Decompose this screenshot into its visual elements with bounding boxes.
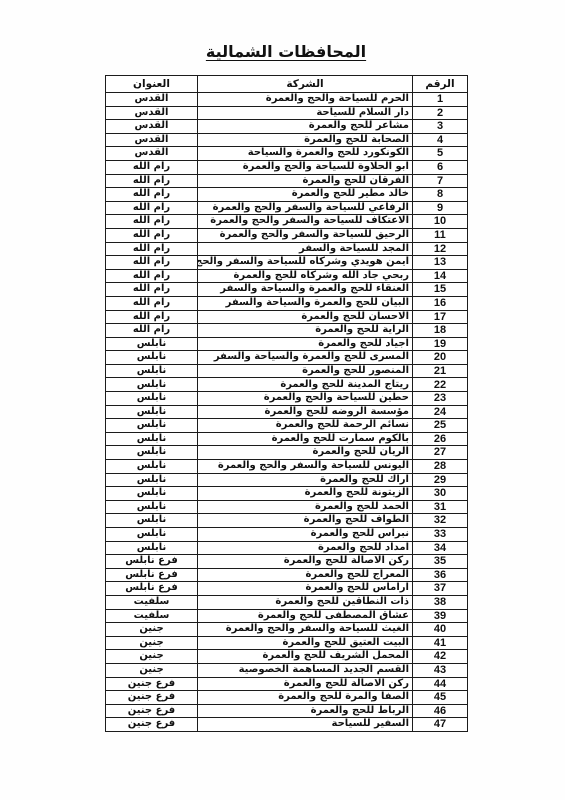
company-name-cell: الريان للحج والعمرة <box>198 446 413 460</box>
company-name-cell: الحمد للحج والعمرة <box>198 500 413 514</box>
company-name-cell: ابو الحلاوة للسياحة والحج والعمرة <box>198 160 413 174</box>
companies-table: الرقم الشركة العنوان 1الحرم للسياحة والح… <box>105 75 468 732</box>
company-name-cell: اجياد للحج والعمرة <box>198 337 413 351</box>
table-row: 15العنقاء للحج والعمرة والسياحة والسفررا… <box>106 283 468 297</box>
table-row: 17الاحسان للحج والعمرةرام الله <box>106 310 468 324</box>
address-cell: نابلس <box>106 500 198 514</box>
company-name-cell: الفرقان للحج والعمرة <box>198 174 413 188</box>
company-name-cell: حطين للسياحة والحج والعمرة <box>198 392 413 406</box>
company-name-cell: المجد للسياحة والسفر <box>198 242 413 256</box>
address-cell: القدس <box>106 106 198 120</box>
company-name-cell: مؤسسة الروضه للحج والعمرة <box>198 405 413 419</box>
company-name-cell: الرفاعي للسياحة والسفر والحج والعمرة <box>198 201 413 215</box>
company-name-cell: القسم الجديد المساهمة الخصوصية <box>198 663 413 677</box>
company-name-cell: الرحيق للسياحة والسفر والحج والعمرة <box>198 228 413 242</box>
row-number-cell: 39 <box>413 609 468 623</box>
table-row: 20المسرى للحج والعمرة والسياحة والسفرناب… <box>106 351 468 365</box>
address-cell: نابلس <box>106 364 198 378</box>
table-row: 16البيان للحج والعمرة والسياحة والسفررام… <box>106 296 468 310</box>
address-cell: فرع جنين <box>106 704 198 718</box>
address-cell: جنين <box>106 663 198 677</box>
header-row: الرقم الشركة العنوان <box>106 76 468 93</box>
table-row: 21المنصور للحج والعمرةنابلس <box>106 364 468 378</box>
company-name-cell: الكونكورد للحج والعمرة والسياحة <box>198 147 413 161</box>
table-row: 31الحمد للحج والعمرةنابلس <box>106 500 468 514</box>
table-row: 38ذات النطاقين للحج والعمرةسلفيت <box>106 595 468 609</box>
row-number-cell: 23 <box>413 392 468 406</box>
company-name-cell: العنقاء للحج والعمرة والسياحة والسفر <box>198 283 413 297</box>
table-row: 29اراك للحج والعمرةنابلس <box>106 473 468 487</box>
address-cell: نابلس <box>106 487 198 501</box>
row-number-cell: 26 <box>413 432 468 446</box>
table-header: الرقم الشركة العنوان <box>106 76 468 93</box>
company-name-cell: الغيث للسياحة والسفر والحج والعمرة <box>198 623 413 637</box>
table-row: 45الصفا والمرة للحج والعمرةفرع جنين <box>106 691 468 705</box>
row-number-cell: 6 <box>413 160 468 174</box>
address-cell: نابلس <box>106 405 198 419</box>
company-name-cell: ركن الاصالة للحج والعمرة <box>198 555 413 569</box>
row-number-cell: 14 <box>413 269 468 283</box>
table-row: 33نبراس للحج والعمرةنابلس <box>106 528 468 542</box>
address-cell: رام الله <box>106 310 198 324</box>
address-cell: القدس <box>106 93 198 107</box>
header-address: العنوان <box>106 76 198 93</box>
address-cell: نابلس <box>106 514 198 528</box>
address-cell: رام الله <box>106 283 198 297</box>
address-cell: جنين <box>106 650 198 664</box>
row-number-cell: 36 <box>413 568 468 582</box>
row-number-cell: 2 <box>413 106 468 120</box>
table-row: 2دار السلام للسياحةالقدس <box>106 106 468 120</box>
header-company: الشركة <box>198 76 413 93</box>
address-cell: فرع نابلس <box>106 555 198 569</box>
row-number-cell: 24 <box>413 405 468 419</box>
row-number-cell: 45 <box>413 691 468 705</box>
row-number-cell: 10 <box>413 215 468 229</box>
row-number-cell: 38 <box>413 595 468 609</box>
address-cell: نابلس <box>106 351 198 365</box>
company-name-cell: بالكوم سمارت للحج والعمرة <box>198 432 413 446</box>
address-cell: جنين <box>106 623 198 637</box>
address-cell: القدس <box>106 133 198 147</box>
company-name-cell: الاحسان للحج والعمرة <box>198 310 413 324</box>
table-row: 3مشاعر للحج والعمرةالقدس <box>106 120 468 134</box>
table-row: 28اليونس للسياحة والسفر والحج والعمرةناب… <box>106 460 468 474</box>
company-name-cell: الراية للحج والعمرة <box>198 324 413 338</box>
address-cell: رام الله <box>106 324 198 338</box>
address-cell: رام الله <box>106 201 198 215</box>
address-cell: رام الله <box>106 160 198 174</box>
row-number-cell: 4 <box>413 133 468 147</box>
address-cell: القدس <box>106 120 198 134</box>
table-row: 1الحرم للسياحة والحج والعمرةالقدس <box>106 93 468 107</box>
table-row: 26بالكوم سمارت للحج والعمرةنابلس <box>106 432 468 446</box>
company-name-cell: نسائم الرحمة للحج والعمرة <box>198 419 413 433</box>
company-name-cell: ذات النطاقين للحج والعمرة <box>198 595 413 609</box>
table-row: 13ايمن هويدي وشركاه للسياحة والسفر والحج… <box>106 256 468 270</box>
row-number-cell: 44 <box>413 677 468 691</box>
address-cell: رام الله <box>106 256 198 270</box>
table-row: 44ركن الاصالة للحج والعمرةفرع جنين <box>106 677 468 691</box>
address-cell: نابلس <box>106 432 198 446</box>
row-number-cell: 13 <box>413 256 468 270</box>
row-number-cell: 9 <box>413 201 468 215</box>
table-row: 7الفرقان للحج والعمرةرام الله <box>106 174 468 188</box>
row-number-cell: 29 <box>413 473 468 487</box>
row-number-cell: 25 <box>413 419 468 433</box>
row-number-cell: 31 <box>413 500 468 514</box>
company-name-cell: الرباط للحج والعمرة <box>198 704 413 718</box>
row-number-cell: 7 <box>413 174 468 188</box>
row-number-cell: 5 <box>413 147 468 161</box>
table-row: 35ركن الاصالة للحج والعمرةفرع نابلس <box>106 555 468 569</box>
address-cell: فرع جنين <box>106 677 198 691</box>
company-name-cell: امداد للحج والعمرة <box>198 541 413 555</box>
table-row: 25نسائم الرحمة للحج والعمرةنابلس <box>106 419 468 433</box>
address-cell: رام الله <box>106 174 198 188</box>
address-cell: رام الله <box>106 228 198 242</box>
address-cell: نابلس <box>106 541 198 555</box>
address-cell: فرع نابلس <box>106 568 198 582</box>
address-cell: سلفيت <box>106 595 198 609</box>
address-cell: نابلس <box>106 392 198 406</box>
row-number-cell: 20 <box>413 351 468 365</box>
address-cell: نابلس <box>106 528 198 542</box>
address-cell: فرع جنين <box>106 691 198 705</box>
row-number-cell: 3 <box>413 120 468 134</box>
company-name-cell: الحرم للسياحة والحج والعمرة <box>198 93 413 107</box>
table-row: 11الرحيق للسياحة والسفر والحج والعمرةرام… <box>106 228 468 242</box>
row-number-cell: 12 <box>413 242 468 256</box>
address-cell: رام الله <box>106 269 198 283</box>
row-number-cell: 22 <box>413 378 468 392</box>
company-name-cell: ايمن هويدي وشركاه للسياحة والسفر والحج و… <box>198 256 413 270</box>
company-name-cell: مشاعر للحج والعمرة <box>198 120 413 134</box>
row-number-cell: 41 <box>413 636 468 650</box>
table-row: 40الغيث للسياحة والسفر والحج والعمرةجنين <box>106 623 468 637</box>
address-cell: رام الله <box>106 296 198 310</box>
address-cell: نابلس <box>106 473 198 487</box>
address-cell: نابلس <box>106 446 198 460</box>
row-number-cell: 47 <box>413 718 468 732</box>
row-number-cell: 27 <box>413 446 468 460</box>
company-name-cell: الصفا والمرة للحج والعمرة <box>198 691 413 705</box>
company-name-cell: المعراج للحج والعمرة <box>198 568 413 582</box>
row-number-cell: 37 <box>413 582 468 596</box>
row-number-cell: 40 <box>413 623 468 637</box>
company-name-cell: عشاق المصطفى للحج والعمرة <box>198 609 413 623</box>
table-row: 36المعراج للحج والعمرةفرع نابلس <box>106 568 468 582</box>
table-row: 42المحمل الشريف للحج والعمرةجنين <box>106 650 468 664</box>
table-row: 23حطين للسياحة والحج والعمرةنابلس <box>106 392 468 406</box>
row-number-cell: 17 <box>413 310 468 324</box>
row-number-cell: 21 <box>413 364 468 378</box>
company-name-cell: اراك للحج والعمرة <box>198 473 413 487</box>
address-cell: القدس <box>106 147 198 161</box>
row-number-cell: 16 <box>413 296 468 310</box>
table-row: 47السفير للسياحةفرع جنين <box>106 718 468 732</box>
row-number-cell: 18 <box>413 324 468 338</box>
row-number-cell: 33 <box>413 528 468 542</box>
row-number-cell: 43 <box>413 663 468 677</box>
address-cell: نابلس <box>106 378 198 392</box>
address-cell: فرع جنين <box>106 718 198 732</box>
table-row: 12المجد للسياحة والسفررام الله <box>106 242 468 256</box>
row-number-cell: 46 <box>413 704 468 718</box>
table-row: 18الراية للحج والعمرةرام الله <box>106 324 468 338</box>
table-row: 9الرفاعي للسياحة والسفر والحج والعمرةرام… <box>106 201 468 215</box>
table-row: 24مؤسسة الروضه للحج والعمرةنابلس <box>106 405 468 419</box>
row-number-cell: 34 <box>413 541 468 555</box>
document-content: المحافظات الشمالية الرقم الشركة العنوان … <box>105 42 467 732</box>
row-number-cell: 32 <box>413 514 468 528</box>
address-cell: رام الله <box>106 242 198 256</box>
row-number-cell: 15 <box>413 283 468 297</box>
table-row: 43القسم الجديد المساهمة الخصوصيةجنين <box>106 663 468 677</box>
row-number-cell: 8 <box>413 188 468 202</box>
table-row: 27الريان للحج والعمرةنابلس <box>106 446 468 460</box>
document-page: المحافظات الشمالية الرقم الشركة العنوان … <box>0 0 565 800</box>
company-name-cell: الزيتونة للحج والعمرة <box>198 487 413 501</box>
company-name-cell: اراماس للحج والعمرة <box>198 582 413 596</box>
address-cell: فرع نابلس <box>106 582 198 596</box>
table-row: 10الاعتكاف للسياحة والسفر والحج والعمرةر… <box>106 215 468 229</box>
company-name-cell: المنصور للحج والعمرة <box>198 364 413 378</box>
company-name-cell: البيان للحج والعمرة والسياحة والسفر <box>198 296 413 310</box>
company-name-cell: المحمل الشريف للحج والعمرة <box>198 650 413 664</box>
table-body: 1الحرم للسياحة والحج والعمرةالقدس2دار ال… <box>106 93 468 732</box>
company-name-cell: الصحابة للحج والعمرة <box>198 133 413 147</box>
company-name-cell: ريتاج المدينة للحج والعمرة <box>198 378 413 392</box>
company-name-cell: الاعتكاف للسياحة والسفر والحج والعمرة <box>198 215 413 229</box>
table-row: 22ريتاج المدينة للحج والعمرةنابلس <box>106 378 468 392</box>
row-number-cell: 42 <box>413 650 468 664</box>
address-cell: نابلس <box>106 460 198 474</box>
address-cell: نابلس <box>106 337 198 351</box>
company-name-cell: ربحي جاد الله وشركاه للحج والعمرة <box>198 269 413 283</box>
table-row: 19اجياد للحج والعمرةنابلس <box>106 337 468 351</box>
table-row: 41البيت العتيق للحج والعمرةجنين <box>106 636 468 650</box>
header-number: الرقم <box>413 76 468 93</box>
company-name-cell: المسرى للحج والعمرة والسياحة والسفر <box>198 351 413 365</box>
row-number-cell: 35 <box>413 555 468 569</box>
table-row: 46الرباط للحج والعمرةفرع جنين <box>106 704 468 718</box>
table-row: 39عشاق المصطفى للحج والعمرةسلفيت <box>106 609 468 623</box>
table-row: 37اراماس للحج والعمرةفرع نابلس <box>106 582 468 596</box>
table-row: 14ربحي جاد الله وشركاه للحج والعمرةرام ا… <box>106 269 468 283</box>
row-number-cell: 30 <box>413 487 468 501</box>
company-name-cell: السفير للسياحة <box>198 718 413 732</box>
table-row: 30الزيتونة للحج والعمرةنابلس <box>106 487 468 501</box>
page-title: المحافظات الشمالية <box>105 42 467 61</box>
row-number-cell: 28 <box>413 460 468 474</box>
company-name-cell: ركن الاصالة للحج والعمرة <box>198 677 413 691</box>
company-name-cell: الطواف للحج والعمرة <box>198 514 413 528</box>
company-name-cell: خالد مطير للحج والعمرة <box>198 188 413 202</box>
table-row: 32الطواف للحج والعمرةنابلس <box>106 514 468 528</box>
address-cell: نابلس <box>106 419 198 433</box>
table-row: 4الصحابة للحج والعمرةالقدس <box>106 133 468 147</box>
company-name-cell: نبراس للحج والعمرة <box>198 528 413 542</box>
table-row: 6ابو الحلاوة للسياحة والحج والعمرةرام ال… <box>106 160 468 174</box>
table-row: 34امداد للحج والعمرةنابلس <box>106 541 468 555</box>
address-cell: جنين <box>106 636 198 650</box>
company-name-cell: دار السلام للسياحة <box>198 106 413 120</box>
row-number-cell: 19 <box>413 337 468 351</box>
table-row: 5الكونكورد للحج والعمرة والسياحةالقدس <box>106 147 468 161</box>
row-number-cell: 11 <box>413 228 468 242</box>
address-cell: رام الله <box>106 215 198 229</box>
row-number-cell: 1 <box>413 93 468 107</box>
address-cell: رام الله <box>106 188 198 202</box>
company-name-cell: البيت العتيق للحج والعمرة <box>198 636 413 650</box>
table-row: 8خالد مطير للحج والعمرةرام الله <box>106 188 468 202</box>
company-name-cell: اليونس للسياحة والسفر والحج والعمرة <box>198 460 413 474</box>
address-cell: سلفيت <box>106 609 198 623</box>
